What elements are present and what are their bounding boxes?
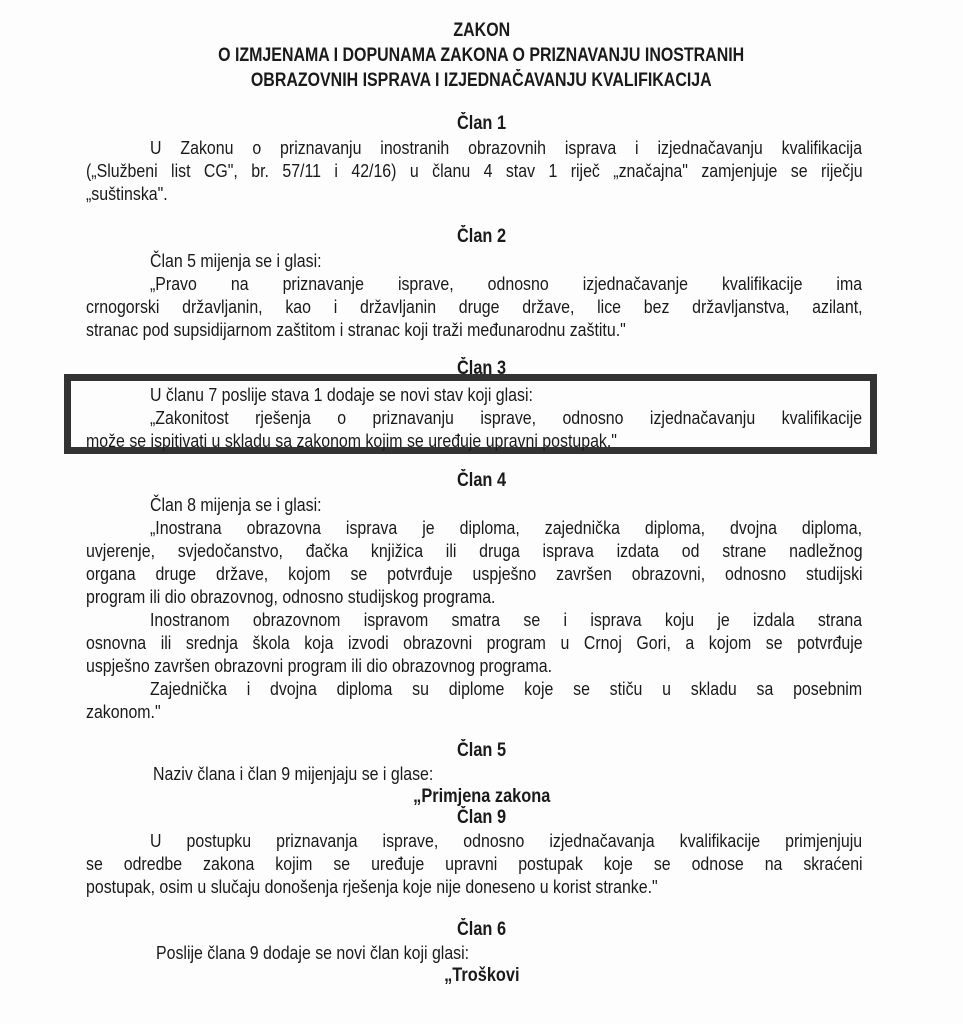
article-1-line-2: („Službeni list CG", br. 57/11 i 42/16) … [86,160,863,182]
article-1-heading: Član 1 [0,113,963,135]
article-5-line-1: Naziv člana i član 9 mijenjaju se i glas… [153,763,433,785]
article-4-line-7: osnovna ili srednja škola koja izvodi ob… [86,632,863,654]
document-page: ZAKON O IZMJENAMA I DOPUNAMA ZAKONA O PR… [0,0,963,1024]
title-line-1: ZAKON [453,20,510,42]
law-title: ZAKON [0,20,963,42]
article-2-line-1: Član 5 mijenja se i glasi: [150,250,322,272]
article-6-subtitle: „Troškovi [0,965,963,987]
article-4-line-10: zakonom." [86,701,161,723]
article-3-line-2: „Zakonitost rješenja o priznavanju ispra… [150,407,862,429]
article-4-line-4: organa druge države, kojom se potvrđuje … [86,563,863,585]
article-5-subline-2: se odredbe zakona kojim se uređuje uprav… [86,853,863,875]
article-1-line-3: „suštinska". [86,183,168,205]
title-line-2: O IZMJENAMA I DOPUNAMA ZAKONA O PRIZNAVA… [218,45,744,67]
article-5-heading: Član 5 [0,740,963,762]
title-line-3: OBRAZOVNIH ISPRAVA I IZJEDNAČAVANJU KVAL… [251,70,712,92]
article-2-line-4: stranac pod supsidijarnom zaštitom i str… [86,319,626,341]
article-4-line-9: Zajednička i dvojna diploma su diplome k… [150,678,862,700]
law-subtitle-line-1: O IZMJENAMA I DOPUNAMA ZAKONA O PRIZNAVA… [0,45,963,67]
article-5-subline-1: U postupku priznavanja isprave, odnosno … [150,830,862,852]
article-4-heading: Član 4 [0,470,963,492]
article-3-line-3: može se ispitivati u skladu sa zakonom k… [86,430,617,452]
law-subtitle-line-2: OBRAZOVNIH ISPRAVA I IZJEDNAČAVANJU KVAL… [0,70,963,92]
article-6-line-1: Poslije člana 9 dodaje se novi član koji… [156,942,469,964]
article-4-line-1: Član 8 mijenja se i glasi: [150,494,322,516]
article-4-line-2: „Inostrana obrazovna isprava je diploma,… [150,517,862,539]
article-4-line-6: Inostranom obrazovnom ispravom smatra se… [150,609,862,631]
article-4-line-3: uvjerenje, svjedočanstvo, đačka knjižica… [86,540,863,562]
article-3-line-1: U članu 7 poslije stava 1 dodaje se novi… [150,384,533,406]
article-2-line-2: „Pravo na priznavanje isprave, odnosno i… [150,273,862,295]
article-6-heading: Član 6 [0,919,963,941]
article-9-heading: Član 9 [0,807,963,829]
article-2-heading: Član 2 [0,226,963,248]
article-4-line-5: program ili dio obrazovnog, odnosno stud… [86,586,495,608]
article-1-line-1: U Zakonu o priznavanju inostranih obrazo… [150,137,862,159]
article-2-line-3: crnogorski državljanin, kao i državljani… [86,296,863,318]
article-5-subtitle: „Primjena zakona [0,786,963,808]
article-4-line-8: uspješno završen obrazovni program ili d… [86,655,552,677]
article-5-subline-3: postupak, osim u slučaju donošenja rješe… [86,876,658,898]
